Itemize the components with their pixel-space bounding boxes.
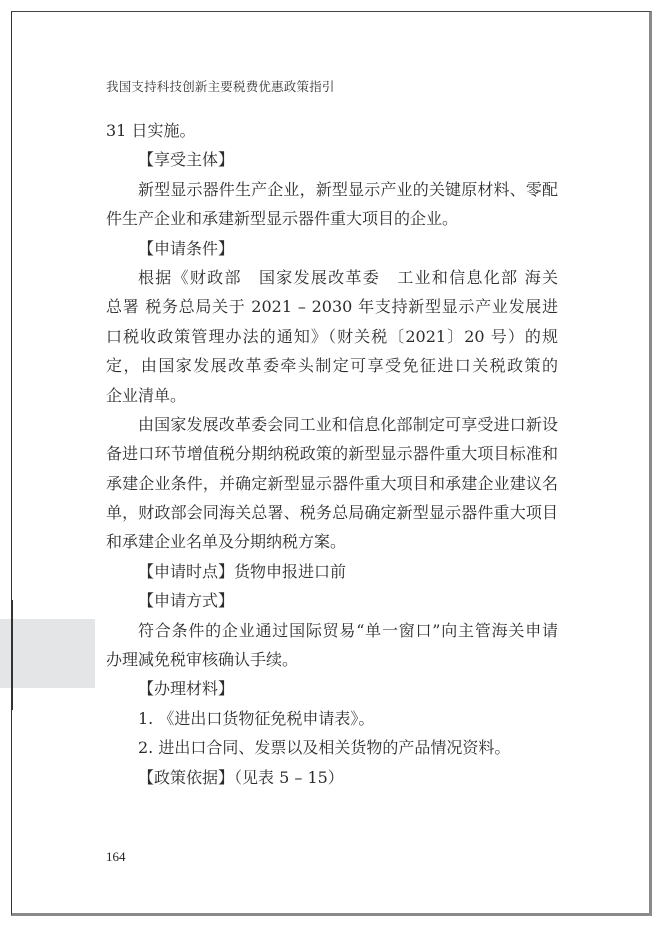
frame-edge-overlay xyxy=(11,600,13,710)
text-line: 【申请条件】 xyxy=(106,234,558,263)
text-line: 总署 税务总局关于 2021 – 2030 年支持新型显示产业发展进 xyxy=(106,292,558,321)
text-line: 根据《财政部 国家发展改革委 工业和信息化部 海关 xyxy=(106,263,558,292)
text-line: 定，由国家发展改革委牵头制定可享受免征进口关税政策的 xyxy=(106,351,558,380)
text-line: 【享受主体】 xyxy=(106,145,558,174)
text-line: 【申请方式】 xyxy=(106,586,558,615)
text-line: 口税收政策管理办法的通知》（财关税〔2021〕20 号）的规 xyxy=(106,322,558,351)
text-line: 符合条件的企业通过国际贸易“单一窗口”向主管海关申请 xyxy=(106,616,558,645)
text-line: 件生产企业和承建新型显示器件重大项目的企业。 xyxy=(106,204,558,233)
running-header: 我国支持科技创新主要税费优惠政策指引 xyxy=(106,77,335,95)
text-line: 【政策依据】（见表 5 – 15） xyxy=(106,763,558,792)
text-line: 企业清单。 xyxy=(106,381,558,410)
page-number: 164 xyxy=(106,849,126,865)
text-line: 新型显示器件生产企业，新型显示产业的关键原材料、零配 xyxy=(106,175,558,204)
text-line: 31 日实施。 xyxy=(106,116,558,145)
text-line: 1. 《进出口货物征免税申请表》。 xyxy=(106,704,558,733)
text-line: 2. 进出口合同、发票以及相关货物的产品情况资料。 xyxy=(106,733,558,762)
section-thumb-tab xyxy=(0,619,95,688)
text-line: 备进口环节增值税分期纳税政策的新型显示器件重大项目标准和 xyxy=(106,439,558,468)
text-line: 由国家发展改革委会同工业和信息化部制定可享受进口新设 xyxy=(106,410,558,439)
text-line: 单，财政部会同海关总署、税务总局确定新型显示器件重大项目 xyxy=(106,498,558,527)
text-line: 【办理材料】 xyxy=(106,674,558,703)
text-line: 承建企业条件，并确定新型显示器件重大项目和承建企业建议名 xyxy=(106,469,558,498)
text-line: 和承建企业名单及分期纳税方案。 xyxy=(106,527,558,556)
body-text: 31 日实施。【享受主体】新型显示器件生产企业，新型显示产业的关键原材料、零配件… xyxy=(106,116,558,792)
text-line: 办理减免税审核确认手续。 xyxy=(106,645,558,674)
text-line: 【申请时点】货物申报进口前 xyxy=(106,557,558,586)
